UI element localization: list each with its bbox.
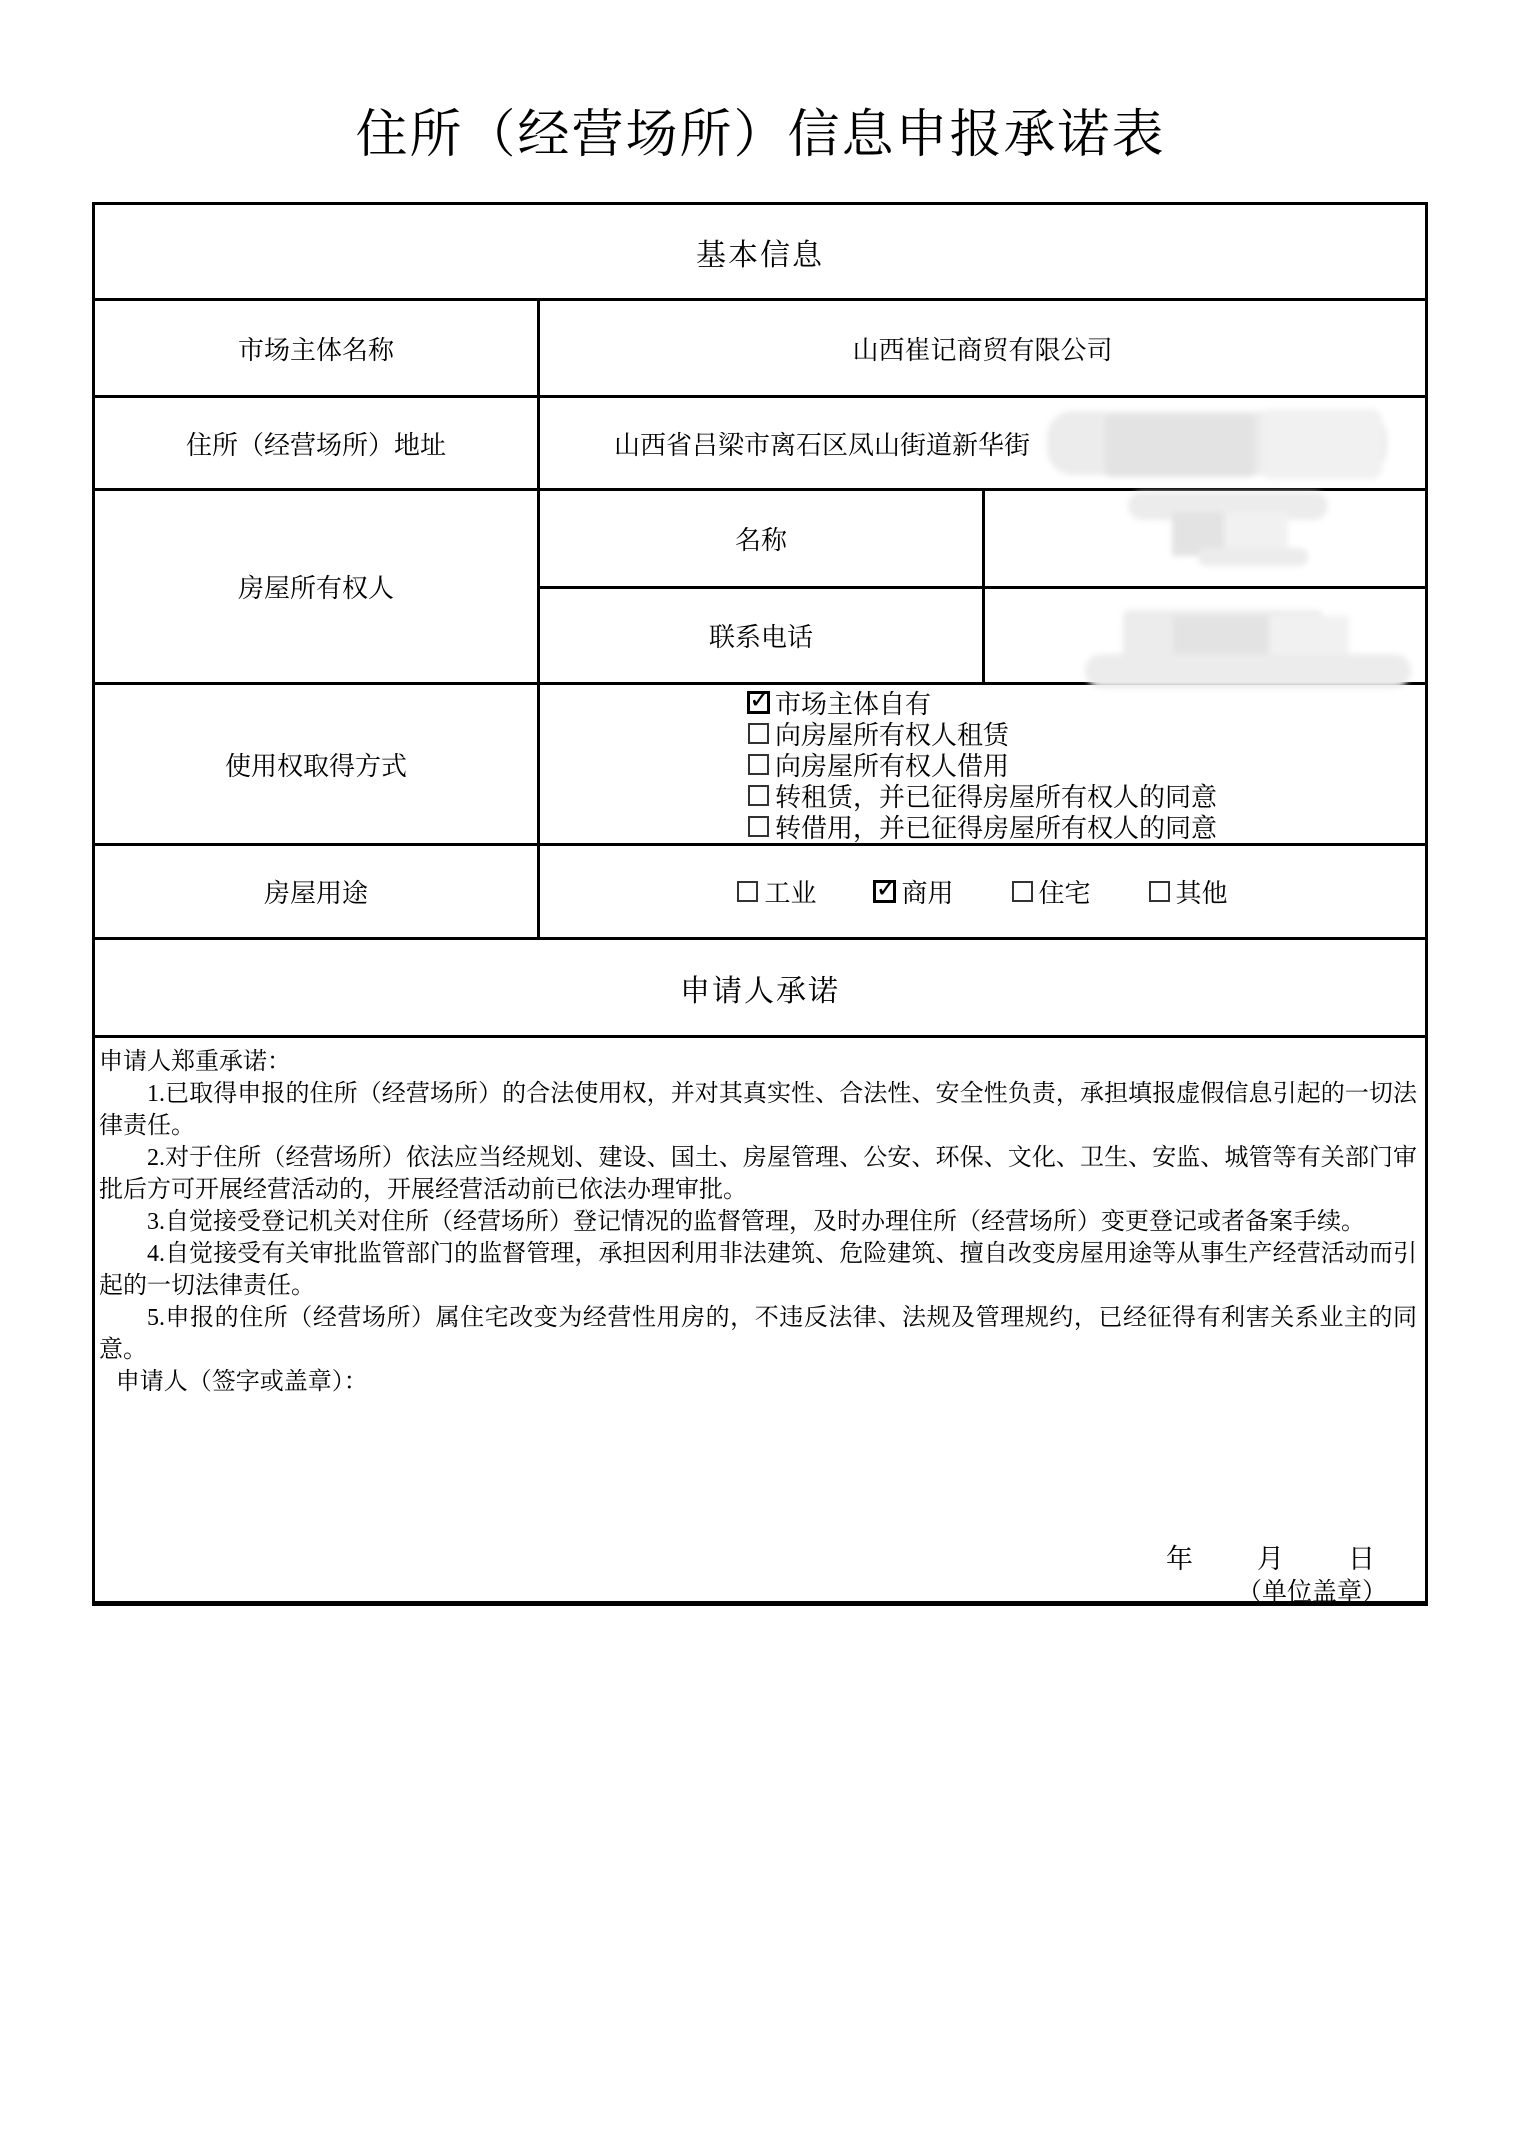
purpose-option: 工业 — [737, 876, 816, 907]
checkbox-industrial[interactable] — [737, 881, 758, 902]
purpose-option-list: 工业 商用 住宅 其他 — [737, 876, 1227, 907]
purpose-option-label: 商用 — [901, 873, 953, 910]
purpose-option: 住宅 — [1012, 876, 1091, 907]
usage-option-label: 转借用，并已征得房屋所有权人的同意 — [775, 808, 1217, 845]
purpose-option-label: 住宅 — [1039, 873, 1091, 910]
seal-note: （单位盖章） — [1237, 1580, 1387, 1605]
date-line: 年 月 日 — [1166, 1546, 1375, 1573]
redaction-blur-owner-name — [1128, 490, 1334, 572]
redaction-blur-address — [1047, 405, 1395, 487]
owner-name-label: 名称 — [540, 491, 985, 586]
checkbox-subborrow[interactable] — [748, 816, 769, 837]
checkbox-borrow-from-owner[interactable] — [748, 754, 769, 775]
commitment-item-2: 2.对于住所（经营场所）依法应当经规划、建设、国土、房屋管理、公安、环保、文化、… — [99, 1142, 1417, 1206]
section-commitment: 申请人承诺 — [95, 940, 1425, 1038]
date-month-label: 月 — [1257, 1546, 1284, 1573]
checkbox-other[interactable] — [1149, 881, 1170, 902]
commitment-item-1: 1.已取得申报的住所（经营场所）的合法使用权，并对其真实性、合法性、安全性负责，… — [99, 1078, 1417, 1142]
purpose-option: 其他 — [1149, 876, 1228, 907]
owner-phone-label: 联系电话 — [540, 589, 985, 682]
checkbox-residential[interactable] — [1012, 881, 1033, 902]
house-purpose-options: 工业 商用 住宅 其他 — [540, 846, 1425, 937]
row-commitment-body: 申请人郑重承诺： 1.已取得申报的住所（经营场所）的合法使用权，并对其真实性、合… — [95, 1038, 1425, 1601]
usage-method-options: 市场主体自有 向房屋所有权人租赁 向房屋所有权人借用 转租赁，并已征得房屋所有权… — [540, 685, 1425, 843]
redaction-blur-owner-phone — [1085, 610, 1417, 692]
entity-name-label: 市场主体名称 — [95, 301, 540, 395]
date-year-label: 年 — [1166, 1546, 1193, 1573]
checkbox-commercial[interactable] — [874, 881, 895, 902]
commitment-item-5: 5.申报的住所（经营场所）属住宅改变为经营性用房的，不违反法律、法规及管理规约，… — [99, 1302, 1417, 1366]
commitment-item-3: 3.自觉接受登记机关对住所（经营场所）登记情况的监督管理，及时办理住所（经营场所… — [99, 1206, 1417, 1238]
row-entity-name: 市场主体名称 山西崔记商贸有限公司 — [95, 301, 1425, 398]
house-purpose-label: 房屋用途 — [95, 846, 540, 937]
usage-option: 向房屋所有权人借用 — [748, 749, 1217, 780]
usage-option-list: 市场主体自有 向房屋所有权人租赁 向房屋所有权人借用 转租赁，并已征得房屋所有权… — [748, 687, 1217, 842]
document-page: 住所（经营场所）信息申报承诺表 基本信息 市场主体名称 山西崔记商贸有限公司 住… — [0, 0, 1521, 2152]
purpose-option-label: 其他 — [1176, 873, 1228, 910]
checkbox-sublease[interactable] — [748, 785, 769, 806]
entity-name-value: 山西崔记商贸有限公司 — [540, 301, 1425, 395]
purpose-option-label: 工业 — [764, 873, 816, 910]
commitment-intro: 申请人郑重承诺： — [99, 1046, 1417, 1078]
usage-option: 向房屋所有权人租赁 — [748, 718, 1217, 749]
owner-label: 房屋所有权人 — [95, 491, 540, 682]
commitment-text: 申请人郑重承诺： 1.已取得申报的住所（经营场所）的合法使用权，并对其真实性、合… — [95, 1038, 1425, 1601]
address-label: 住所（经营场所）地址 — [95, 398, 540, 488]
usage-option: 转借用，并已征得房屋所有权人的同意 — [748, 811, 1217, 842]
basic-info-header: 基本信息 — [95, 205, 1425, 298]
usage-method-label: 使用权取得方式 — [95, 685, 540, 843]
commitment-header: 申请人承诺 — [95, 940, 1425, 1035]
signature-label: 申请人（签字或盖章）： — [99, 1366, 1417, 1398]
checkbox-self-owned[interactable] — [748, 692, 769, 713]
row-house-purpose: 房屋用途 工业 商用 住宅 — [95, 846, 1425, 940]
section-basic-info: 基本信息 — [95, 205, 1425, 301]
usage-option: 转租赁，并已征得房屋所有权人的同意 — [748, 780, 1217, 811]
date-day-label: 日 — [1348, 1546, 1375, 1573]
row-usage-method: 使用权取得方式 市场主体自有 向房屋所有权人租赁 向房屋所有权人借用 — [95, 685, 1425, 846]
form-title: 住所（经营场所）信息申报承诺表 — [0, 92, 1521, 167]
purpose-option: 商用 — [874, 876, 953, 907]
commitment-item-4: 4.自觉接受有关审批监管部门的监督管理，承担因利用非法建筑、危险建筑、擅自改变房… — [99, 1238, 1417, 1302]
checkbox-lease-from-owner[interactable] — [748, 723, 769, 744]
